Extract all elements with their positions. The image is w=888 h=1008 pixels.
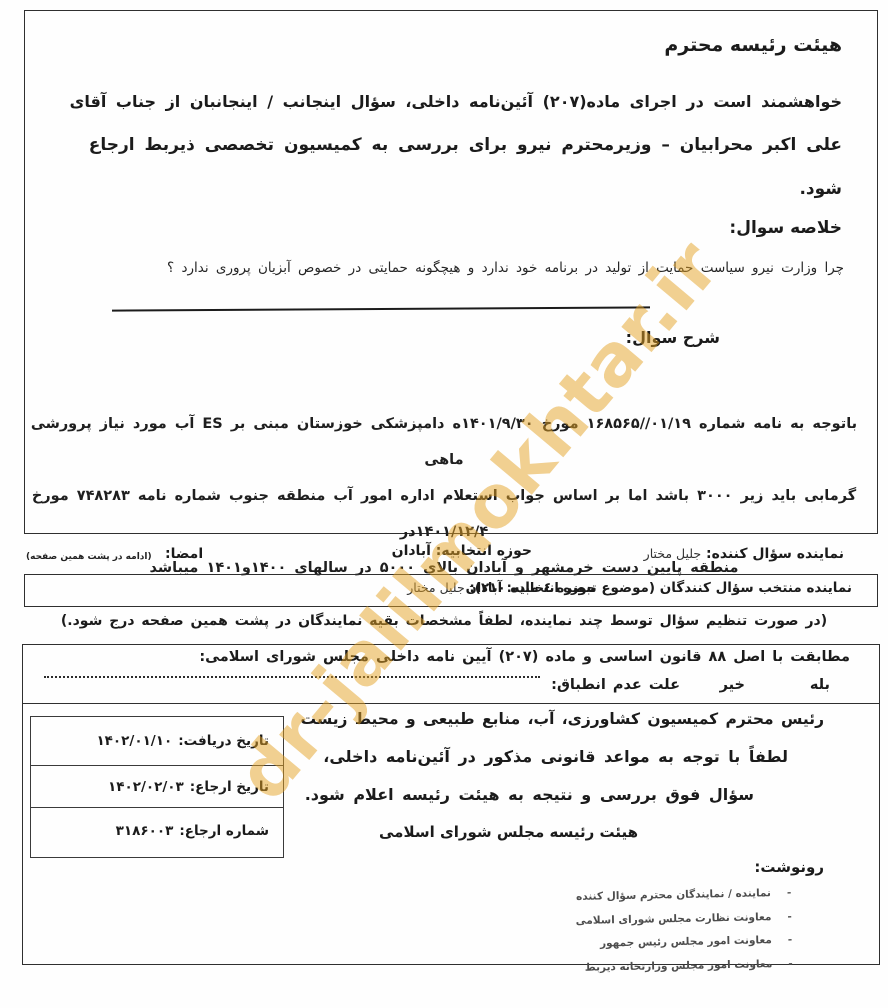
request-paragraph: خواهشمند است در اجرای ماده(۲۰۷) آئین‌نام… bbox=[42, 80, 842, 211]
signature-label: امضا: bbox=[165, 546, 203, 562]
scanned-document-page: dr-jalilmokhtar.ir هیئت رئیسه محترم خواه… bbox=[0, 0, 888, 1008]
referral-number-value: ۳۱۸۶۰۰۳ bbox=[116, 823, 174, 839]
conformity-no-option: خیر bbox=[720, 677, 745, 693]
referral-dates-table: تاریخ دریافت: ۱۴۰۲/۰۱/۱۰ تاریخ ارجاع: ۱۴… bbox=[30, 716, 284, 858]
continued-note: (ادامه در پشت همین صفحه) bbox=[26, 552, 152, 562]
referral-number-label: شماره ارجاع: bbox=[179, 823, 269, 839]
elected-district-field: حوزه انتخابیه: آبادان bbox=[466, 581, 596, 596]
request-line1: خواهشمند است در اجرای ماده(۲۰۷) آئین‌نام… bbox=[70, 92, 842, 111]
commission-instruction-line2: سؤال فوق بررسی و نتیجه به هیئت رئیسه اعل… bbox=[305, 785, 754, 804]
copies-list: نماینده / نمایندگان محترم سؤال کننده معا… bbox=[561, 882, 793, 980]
multiple-reps-note: (در صورت تنظیم سؤال توسط چند نماینده، لط… bbox=[0, 613, 888, 629]
addressee-title: هیئت رئیسه محترم bbox=[664, 34, 842, 56]
referral-date-label: تاریخ ارجاع: bbox=[190, 779, 269, 795]
detail-line2: گرمابی باید زیر ۳۰۰۰ باشد اما بر اساس جو… bbox=[32, 488, 856, 540]
referral-date-row: تاریخ ارجاع: ۱۴۰۲/۰۲/۰۳ bbox=[31, 765, 283, 807]
representative-field: نماینده سؤال کننده: جلیل مختار bbox=[644, 546, 844, 562]
representative-label: نماینده سؤال کننده: bbox=[706, 546, 844, 562]
commission-heading: رئیس محترم کمیسیون کشاورزی، آب، منابع طب… bbox=[301, 710, 824, 728]
detail-label: شرح سوال: bbox=[626, 328, 720, 347]
received-date-label: تاریخ دریافت: bbox=[178, 733, 269, 749]
referral-date-value: ۱۴۰۲/۰۲/۰۳ bbox=[108, 779, 184, 795]
elected-representative-name: جلیل مختار bbox=[407, 580, 464, 595]
request-line2-minister: علی اکبر محرابیان – وزیرمحترم نیرو برای … bbox=[89, 135, 842, 199]
district-field: حوزه انتخابیه: آبادان bbox=[392, 543, 532, 559]
copies-item-ministry-parliamentary-deputy: معاونت امور مجلس وزارتخانه ذیربط bbox=[562, 952, 792, 980]
detail-line1: باتوجه به نامه شماره ⁦۱۶۸۵۶۵//۰۱/۱۹⁩ مور… bbox=[31, 416, 857, 468]
commission-instruction-line1: لطفاً با توجه به مواعد قانونی مذکور در آ… bbox=[323, 747, 788, 766]
summary-label: خلاصه سوال: bbox=[729, 218, 842, 238]
summary-text: چرا وزارت نیرو سیاست حمایت از تولید در ب… bbox=[84, 260, 844, 276]
presiding-board-signer: هیئت رئیسه مجلس شورای اسلامی bbox=[379, 823, 638, 841]
non-conformity-reason-label: علت عدم انطباق: bbox=[551, 677, 680, 693]
non-conformity-reason-blank bbox=[44, 676, 540, 678]
conformity-yes-option: بله bbox=[810, 677, 830, 693]
referral-number-row: شماره ارجاع: ۳۱۸۶۰۰۳ bbox=[31, 807, 283, 854]
received-date-row: تاریخ دریافت: ۱۴۰۲/۰۱/۱۰ bbox=[31, 717, 283, 765]
copies-label: رونوشت: bbox=[754, 858, 824, 876]
representative-name: جلیل مختار bbox=[644, 546, 701, 561]
conformity-statement: مطابقت با اصل ۸۸ قانون اساسی و ماده (۲۰۷… bbox=[199, 649, 850, 665]
received-date-value: ۱۴۰۲/۰۱/۱۰ bbox=[96, 733, 172, 749]
